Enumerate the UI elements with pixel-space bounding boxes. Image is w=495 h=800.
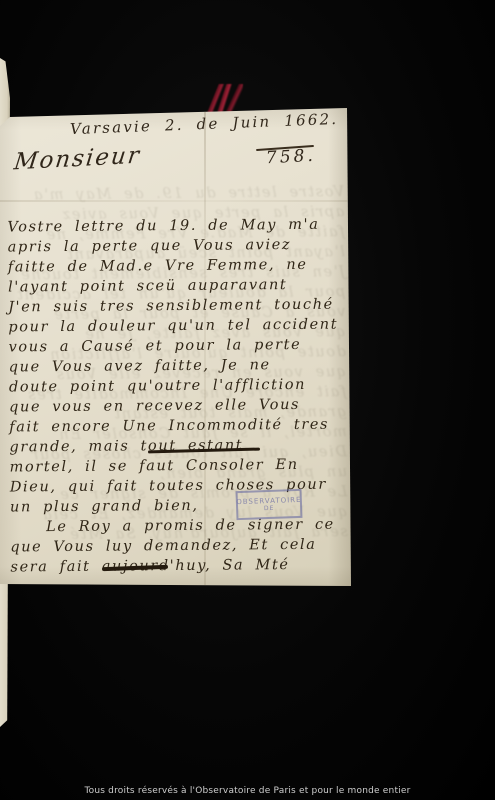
salutation: Monsieur xyxy=(12,143,142,176)
copyright-caption: Tous droits réservés à l'Observatoire de… xyxy=(0,786,495,796)
body-line: sera fait aujourd'huy, Sa Mté xyxy=(10,555,350,578)
observatory-stamp: OBSERVATOIRE DE xyxy=(236,489,303,520)
letter-page: Vostre lettre du 19. de May m'aapris la … xyxy=(0,100,353,596)
stamp-text-line2: DE xyxy=(264,505,275,512)
scan-stage: Vostre lettre du 19. de May m'aapris la … xyxy=(0,0,495,800)
body-line: fait encore Une Incommodité tres xyxy=(9,415,349,438)
body-line: Vostre lettre du 19. de May m'a xyxy=(7,215,347,238)
body-line: faitte de Mad.e Vre Femme, ne xyxy=(8,255,348,278)
archive-number: 758. xyxy=(266,146,317,169)
body-line: vous a Causé et pour la perte xyxy=(8,335,348,358)
date-line: Varsavie 2. de Juin 1662. xyxy=(70,110,339,138)
body-line: que Vous luy demandez, Et cela xyxy=(10,535,350,558)
letter-body: Vostre lettre du 19. de May m'aapris la … xyxy=(7,215,350,578)
